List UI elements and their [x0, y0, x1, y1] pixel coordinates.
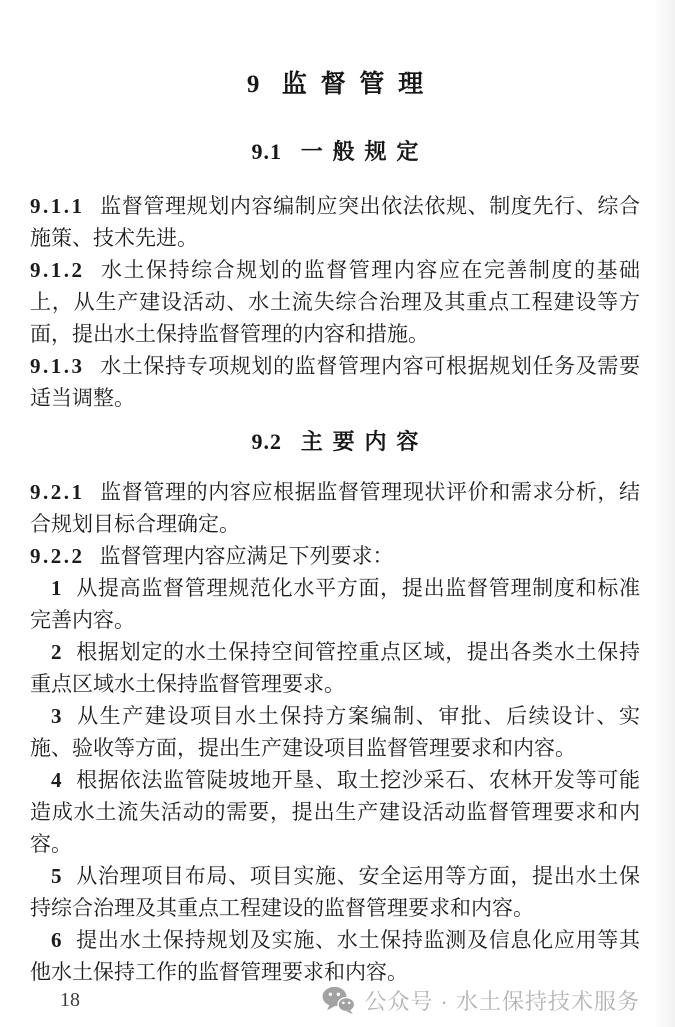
item-text: 根据划定的水土保持空间管控重点区域，提出各类水土保持重点区域水土保持监督管理要求… — [30, 640, 640, 696]
watermark-text: 公众号 · 水土保持技术服务 — [364, 985, 640, 1016]
scanned-document-screenshot: { "doc": { "chapter": { "num": "9", "tit… — [0, 0, 675, 1027]
clause-number: 9.1.1 — [30, 194, 85, 218]
wechat-icon — [322, 986, 355, 1014]
item-number: 2 — [51, 640, 62, 664]
document-page: 9监督管理 9.1一般规定 9.1.1监督管理规划内容编制应突出依法依规、制度先… — [0, 0, 675, 988]
item-number: 1 — [51, 576, 62, 600]
item-number: 4 — [51, 768, 62, 792]
watermark: 公众号 · 水土保持技术服务 — [322, 985, 640, 1016]
section-9-2-body: 9.2.1监督管理的内容应根据监督管理现状评价和需求分析，结合规划目标合理确定。… — [30, 476, 640, 988]
item-text: 提出水土保持规划及实施、水土保持监测及信息化应用等其他水土保持工作的监督管理要求… — [30, 928, 640, 984]
item-number: 6 — [51, 928, 62, 952]
item-text: 从提高监督管理规范化水平方面，提出监督管理制度和标准完善内容。 — [30, 576, 640, 632]
item-number: 5 — [51, 864, 62, 888]
clause-number: 9.2.1 — [30, 480, 85, 504]
item-text: 从生产建设项目水土保持方案编制、审批、后续设计、实施、验收等方面，提出生产建设项… — [30, 704, 640, 760]
chapter-title: 监督管理 — [282, 71, 437, 98]
item-text: 从治理项目布局、项目实施、安全运用等方面，提出水土保持综合治理及其重点工程建设的… — [30, 864, 640, 920]
chapter-heading: 9监督管理 — [30, 0, 640, 100]
clause-text: 水土保持综合规划的监督管理内容应在完善制度的基础上，从生产建设活动、水土流失综合… — [30, 258, 640, 346]
clause-text: 监督管理内容应满足下列要求： — [100, 544, 394, 568]
list-item-3: 3从生产建设项目水土保持方案编制、审批、后续设计、实施、验收等方面，提出生产建设… — [30, 700, 640, 764]
item-number: 3 — [51, 704, 62, 728]
clause-9-1-3: 9.1.3水土保持专项规划的监督管理内容可根据规划任务及需要适当调整。 — [30, 350, 640, 414]
section-number: 9.1 — [252, 139, 283, 164]
clause-text: 监督管理的内容应根据监督管理现状评价和需求分析，结合规划目标合理确定。 — [30, 480, 640, 536]
list-item-2: 2根据划定的水土保持空间管控重点区域，提出各类水土保持重点区域水土保持监督管理要… — [30, 636, 640, 700]
list-item-6: 6提出水土保持规划及实施、水土保持监测及信息化应用等其他水土保持工作的监督管理要… — [30, 924, 640, 988]
clause-9-2-1: 9.2.1监督管理的内容应根据监督管理现状评价和需求分析，结合规划目标合理确定。 — [30, 476, 640, 540]
list-item-4: 4根据依法监管陡坡地开垦、取土挖沙采石、农林开发等可能造成水土流失活动的需要，提… — [30, 764, 640, 860]
section-heading-9-1: 9.1一般规定 — [30, 138, 640, 166]
item-text: 根据依法监管陡坡地开垦、取土挖沙采石、农林开发等可能造成水土流失活动的需要，提出… — [30, 768, 640, 856]
clause-9-1-2: 9.1.2水土保持综合规划的监督管理内容应在完善制度的基础上，从生产建设活动、水… — [30, 254, 640, 350]
list-item-1: 1从提高监督管理规范化水平方面，提出监督管理制度和标准完善内容。 — [30, 572, 640, 636]
section-title: 主要内容 — [301, 429, 429, 454]
page-footer: 18 公众号 · 水土保持技术服务 — [30, 983, 640, 1017]
chapter-number: 9 — [247, 71, 260, 98]
clause-text: 水土保持专项规划的监督管理内容可根据规划任务及需要适当调整。 — [30, 354, 640, 410]
section-9-1-body: 9.1.1监督管理规划内容编制应突出依法依规、制度先行、综合施策、技术先进。 9… — [30, 190, 640, 414]
section-heading-9-2: 9.2主要内容 — [30, 428, 640, 456]
clause-9-2-2: 9.2.2监督管理内容应满足下列要求： — [30, 540, 640, 572]
clause-number: 9.1.3 — [30, 354, 85, 378]
clause-9-1-1: 9.1.1监督管理规划内容编制应突出依法依规、制度先行、综合施策、技术先进。 — [30, 190, 640, 254]
clause-number: 9.2.2 — [30, 544, 85, 568]
list-item-5: 5从治理项目布局、项目实施、安全运用等方面，提出水土保持综合治理及其重点工程建设… — [30, 860, 640, 924]
section-number: 9.2 — [252, 429, 283, 454]
clause-text: 监督管理规划内容编制应突出依法依规、制度先行、综合施策、技术先进。 — [30, 194, 640, 250]
clause-number: 9.1.2 — [30, 258, 85, 282]
section-title: 一般规定 — [301, 139, 429, 164]
page-number: 18 — [30, 989, 80, 1012]
